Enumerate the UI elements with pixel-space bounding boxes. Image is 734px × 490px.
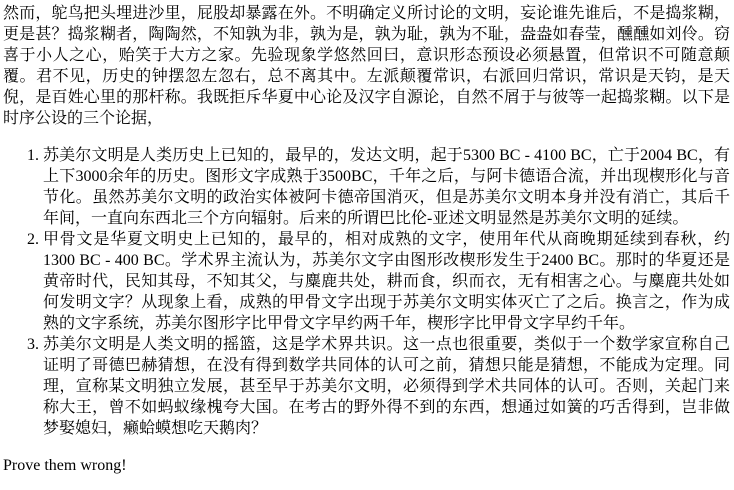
- argument-item-1: 苏美尔文明是人类历史上已知的，最早的，发达文明，起于5300 BC - 4100…: [43, 145, 730, 229]
- closing-line: Prove them wrong!: [3, 455, 730, 476]
- argument-item-2: 甲骨文是华夏文明史上已知的，最早的，相对成熟的文字，使用年代从商晚期延续到春秋，…: [43, 229, 730, 334]
- argument-list: 苏美尔文明是人类历史上已知的，最早的，发达文明，起于5300 BC - 4100…: [3, 145, 730, 439]
- argument-item-3: 苏美尔文明是人类文明的摇篮，这是学术界共识。这一点也很重要，类似于一个数学家宣称…: [43, 334, 730, 439]
- intro-paragraph: 然而，鸵鸟把头埋进沙里，屁股却暴露在外。不明确定义所讨论的文明，妄论谁先谁后，不…: [3, 3, 730, 129]
- document-page: 然而，鸵鸟把头埋进沙里，屁股却暴露在外。不明确定义所讨论的文明，妄论谁先谁后，不…: [0, 0, 734, 490]
